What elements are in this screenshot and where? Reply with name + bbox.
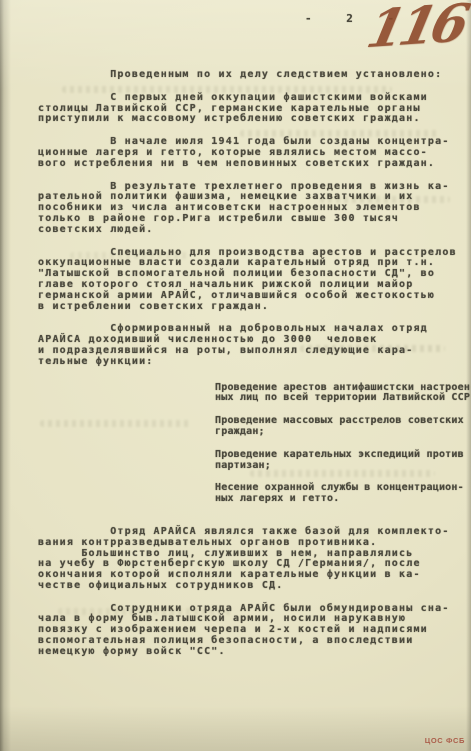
- text-line: германской армии АРАЙС, отличавшийся осо…: [38, 291, 468, 302]
- text-line: партизан;: [215, 461, 468, 472]
- text-line: Проведение карательных экспедиций против: [215, 450, 468, 461]
- paragraph: Проведенным по их делу следствием устано…: [38, 70, 468, 81]
- text-line: Проведенным по их делу следствием устано…: [38, 70, 468, 81]
- handwritten-page-number: 116: [362, 0, 470, 60]
- document-body: Проведенным по их делу следствием устано…: [38, 70, 468, 670]
- paragraph: Проведение арестов антифашистски настрое…: [215, 383, 468, 405]
- paragraph: В результате трехлетнего проведения в жи…: [38, 182, 468, 236]
- text-line: ных лагерях и гетто.: [215, 494, 468, 505]
- text-line: граждан;: [215, 427, 468, 438]
- text-line: честве официальных сотрудников СД.: [38, 581, 468, 592]
- paragraph: Специально для производства арестов и ра…: [38, 248, 468, 313]
- paragraph: Отряд АРАЙСА являлся также базой для ком…: [38, 527, 468, 592]
- text-line: немецкую форму войск "СС".: [38, 647, 468, 658]
- text-line: в истреблении советских граждан.: [38, 302, 468, 313]
- text-line: вого истребления ни в чем неповинных сов…: [38, 159, 468, 170]
- paragraph: Сотрудники отряда АРАЙС были обмундирова…: [38, 604, 468, 658]
- document-page: - 2 - 116 Проведенным по их делу следств…: [0, 0, 471, 751]
- paragraph: Проведение карательных экспедиций против…: [215, 450, 468, 472]
- text-line: С первых дней оккупации фашистскими войс…: [38, 93, 468, 104]
- archive-stamp: ЦОС ФСБ: [425, 736, 465, 745]
- paragraph: Проведение массовых расстрелов советских…: [215, 416, 468, 438]
- text-line: тельные функции:: [38, 357, 468, 368]
- paragraph: Сформированный на добровольных началах о…: [38, 324, 468, 367]
- text-line: советских людей.: [38, 225, 468, 236]
- paragraph: В начале июля 1941 года были созданы кон…: [38, 137, 468, 169]
- text-line: вания контрразведывательных органов прот…: [38, 538, 468, 549]
- paragraph: С первых дней оккупации фашистскими войс…: [38, 93, 468, 125]
- text-line: ных лиц по всей территории Латвийской СС…: [215, 393, 468, 404]
- text-line: приступили к массовому истреблению совет…: [38, 114, 468, 125]
- paragraph: Несение охранной службы в концентрацион-…: [215, 483, 468, 505]
